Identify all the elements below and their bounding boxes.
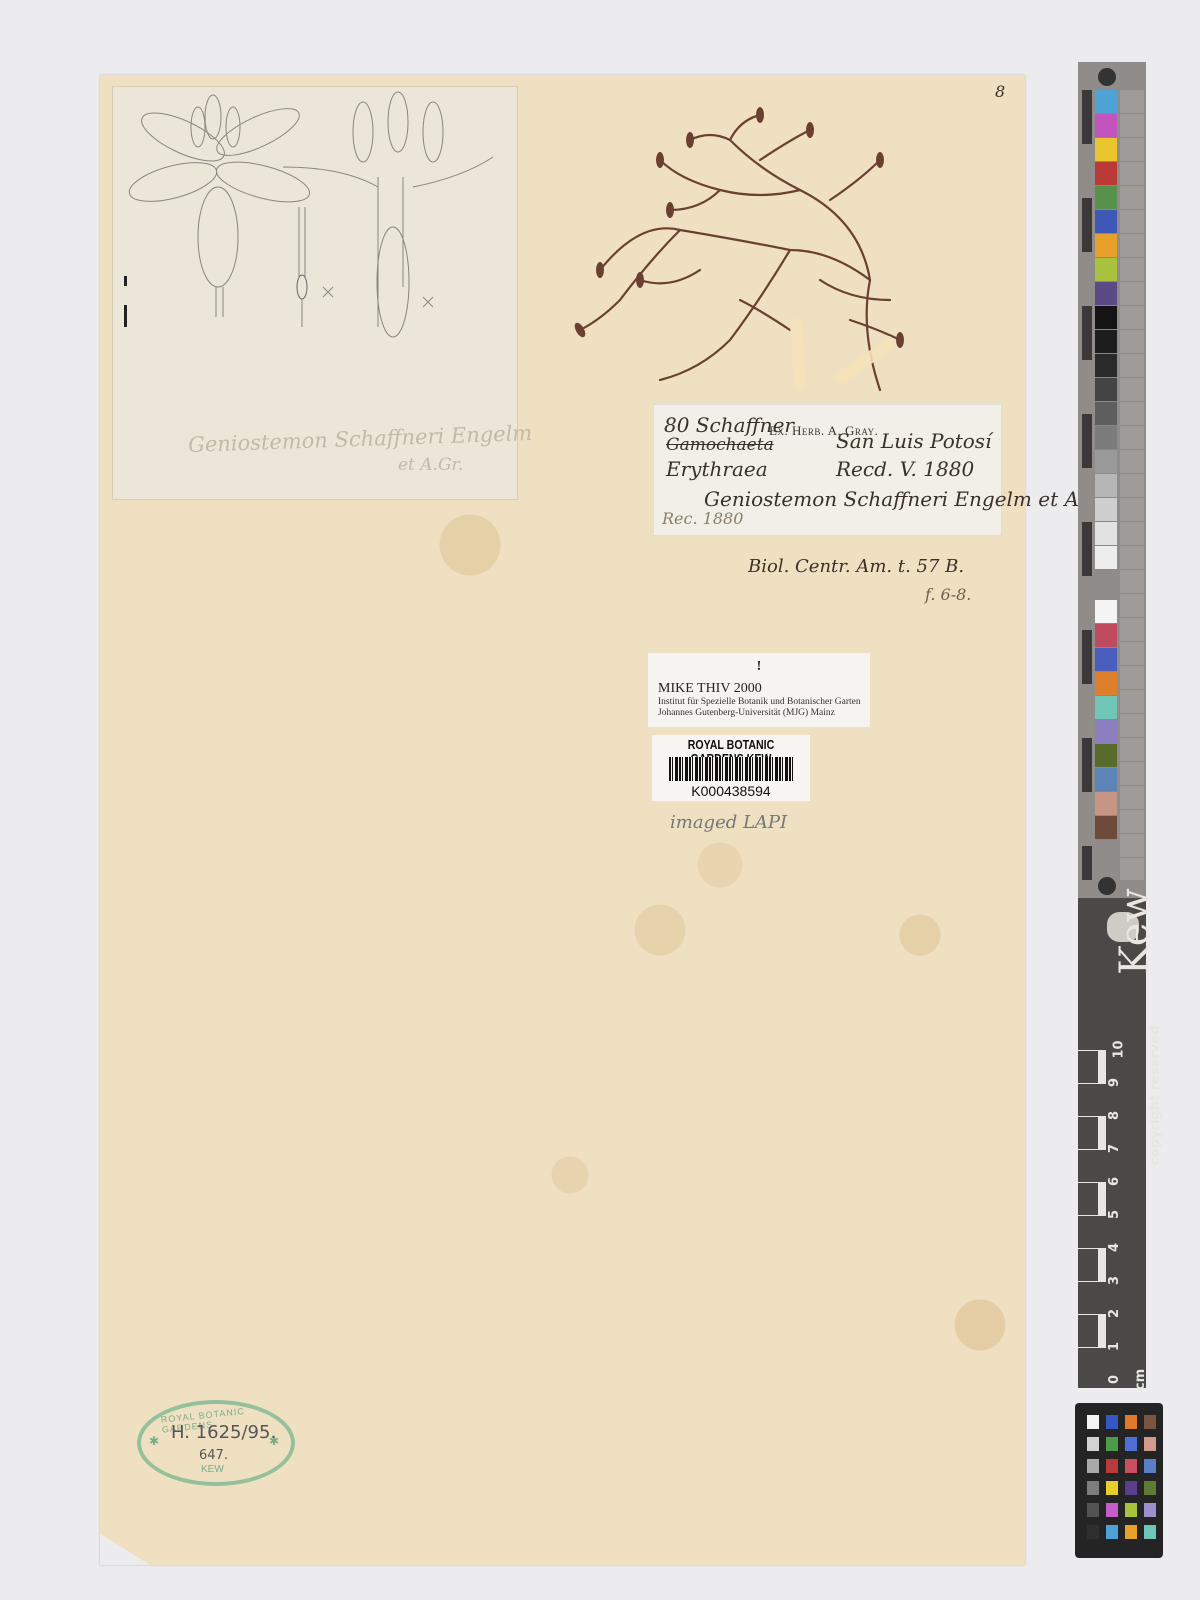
mount-hole (1098, 68, 1116, 86)
color-swatch (1095, 282, 1117, 306)
color-checker-card (1075, 1403, 1163, 1558)
checker-cell (1144, 1415, 1156, 1429)
struck-word: Gamochaeta (666, 435, 774, 455)
cm-unit: cm (1133, 1369, 1148, 1390)
color-swatch (1095, 114, 1117, 138)
cm-number: 6 (1107, 1177, 1122, 1186)
color-swatch (1095, 498, 1117, 522)
collection-label: 80 Schaffner Ex. Herb. A. Gray. Gamochae… (653, 404, 1002, 536)
color-swatch (1095, 768, 1117, 792)
inch-ruler (1082, 90, 1092, 880)
institution-line1: Institut für Spezielle Botanik und Botan… (658, 697, 861, 707)
star-icon: ✱ (149, 1434, 159, 1449)
cm-number: 7 (1107, 1144, 1122, 1153)
density-values (1120, 90, 1144, 880)
imaged-note: imaged LAPI (670, 812, 787, 833)
checker-cell (1087, 1437, 1099, 1451)
determination-label: ! MIKE THIV 2000 Institut für Spezielle … (648, 653, 870, 727)
color-swatch (1095, 522, 1117, 546)
color-swatches (1095, 90, 1117, 840)
accession-number: H. 1625/95. (171, 1422, 276, 1443)
cm-segment (1078, 1083, 1106, 1117)
species-name: Geniostemon Schaffneri Engelm et A.Gr. (704, 487, 1115, 511)
color-swatch (1095, 306, 1117, 330)
color-swatch (1095, 402, 1117, 426)
checker-cell (1125, 1437, 1137, 1451)
checker-cell (1087, 1481, 1099, 1495)
cm-segment (1078, 1281, 1106, 1315)
cm-segment (1078, 1116, 1106, 1150)
reference-note-line1: Biol. Centr. Am. t. 57 B. (748, 556, 964, 577)
color-swatch (1095, 624, 1117, 648)
cm-segment (1078, 1050, 1106, 1084)
stamp-number: 647. (199, 1448, 228, 1463)
color-swatch (1095, 258, 1117, 282)
color-swatch (1095, 648, 1117, 672)
checker-cell (1125, 1459, 1137, 1473)
cm-number: 8 (1107, 1111, 1122, 1120)
checker-cell (1125, 1415, 1137, 1429)
color-swatch (1095, 792, 1117, 816)
drawing-caption-author: et A.Gr. (398, 455, 463, 475)
color-swatch (1095, 234, 1117, 258)
kew-logo: Kew (1112, 888, 1158, 975)
cm-number: 0 (1107, 1375, 1122, 1384)
cm-segment (1078, 1182, 1106, 1216)
color-swatch (1095, 354, 1117, 378)
color-swatch (1095, 720, 1117, 744)
color-swatch (1095, 186, 1117, 210)
cm-number: 5 (1107, 1210, 1122, 1219)
cm-segment (1078, 1347, 1106, 1381)
checker-cell (1087, 1459, 1099, 1473)
cm-segment (1078, 1149, 1106, 1183)
cm-number: 4 (1107, 1243, 1122, 1252)
checker-cell (1106, 1525, 1118, 1539)
color-swatch (1095, 138, 1117, 162)
pin-icon (124, 276, 127, 286)
checker-cell (1087, 1503, 1099, 1517)
color-swatch (1095, 378, 1117, 402)
barcode-number: K000438594 (652, 783, 810, 799)
determiner-name: MIKE THIV 2000 (658, 681, 762, 697)
checker-cell (1144, 1437, 1156, 1451)
cm-ruler (1078, 1050, 1108, 1380)
cm-number: 10 (1112, 1040, 1127, 1058)
barcode-icon (669, 757, 793, 781)
checker-cell (1106, 1459, 1118, 1473)
color-swatch (1095, 450, 1117, 474)
color-swatch (1095, 600, 1117, 624)
color-swatch (1095, 426, 1117, 450)
pin-icon (124, 305, 127, 327)
barcode-label: ROYAL BOTANIC GARDENS KEW K000438594 (652, 735, 810, 801)
checker-cell (1106, 1415, 1118, 1429)
cm-segment (1078, 1314, 1106, 1348)
checker-cell (1144, 1459, 1156, 1473)
color-swatch (1095, 330, 1117, 354)
checker-cell (1125, 1525, 1137, 1539)
color-swatch (1095, 672, 1117, 696)
color-calibration-chart (1078, 62, 1146, 900)
color-swatch (1095, 744, 1117, 768)
color-swatch (1095, 90, 1117, 114)
genus-note: Erythraea (666, 457, 768, 481)
received-date: Recd. V. 1880 (836, 457, 974, 481)
cm-number: 3 (1107, 1276, 1122, 1285)
kew-stamp: ROYAL BOTANIC GARDENS ✱ ✱ H. 1625/95. 64… (137, 1400, 295, 1486)
color-swatch (1095, 696, 1117, 720)
checker-cell (1144, 1525, 1156, 1539)
checker-cell (1144, 1503, 1156, 1517)
checker-cell (1125, 1503, 1137, 1517)
cm-number: 9 (1107, 1078, 1122, 1087)
checker-cell (1106, 1503, 1118, 1517)
checker-cell (1087, 1415, 1099, 1429)
checker-cell (1125, 1481, 1137, 1495)
cm-segment (1078, 1248, 1106, 1282)
color-swatch (1095, 210, 1117, 234)
checker-cell (1087, 1525, 1099, 1539)
checker-cell (1106, 1481, 1118, 1495)
institution-line2: Johannes Gutenberg-Universität (MJG) Mai… (658, 708, 835, 718)
color-swatch (1095, 546, 1117, 570)
locality: San Luis Potosí (836, 429, 991, 453)
copyright-text: copyright reserved (1148, 1026, 1163, 1165)
checker-cell (1144, 1481, 1156, 1495)
color-swatch (1095, 816, 1117, 840)
color-swatch (1095, 162, 1117, 186)
cm-number: 1 (1107, 1342, 1122, 1351)
reference-note-line2: f. 6-8. (925, 585, 971, 604)
stamp-place: KEW (201, 1464, 224, 1475)
color-swatch (1095, 474, 1117, 498)
cm-number: 2 (1107, 1309, 1122, 1318)
confirmation-mark: ! (648, 659, 870, 675)
checker-cell (1106, 1437, 1118, 1451)
cm-segment (1078, 1215, 1106, 1249)
margin-note: Rec. 1880 (662, 509, 743, 528)
botanical-drawing: Geniostemon Schaffneri Engelm et A.Gr. (112, 86, 518, 500)
corner-mark: 8 (995, 82, 1005, 101)
